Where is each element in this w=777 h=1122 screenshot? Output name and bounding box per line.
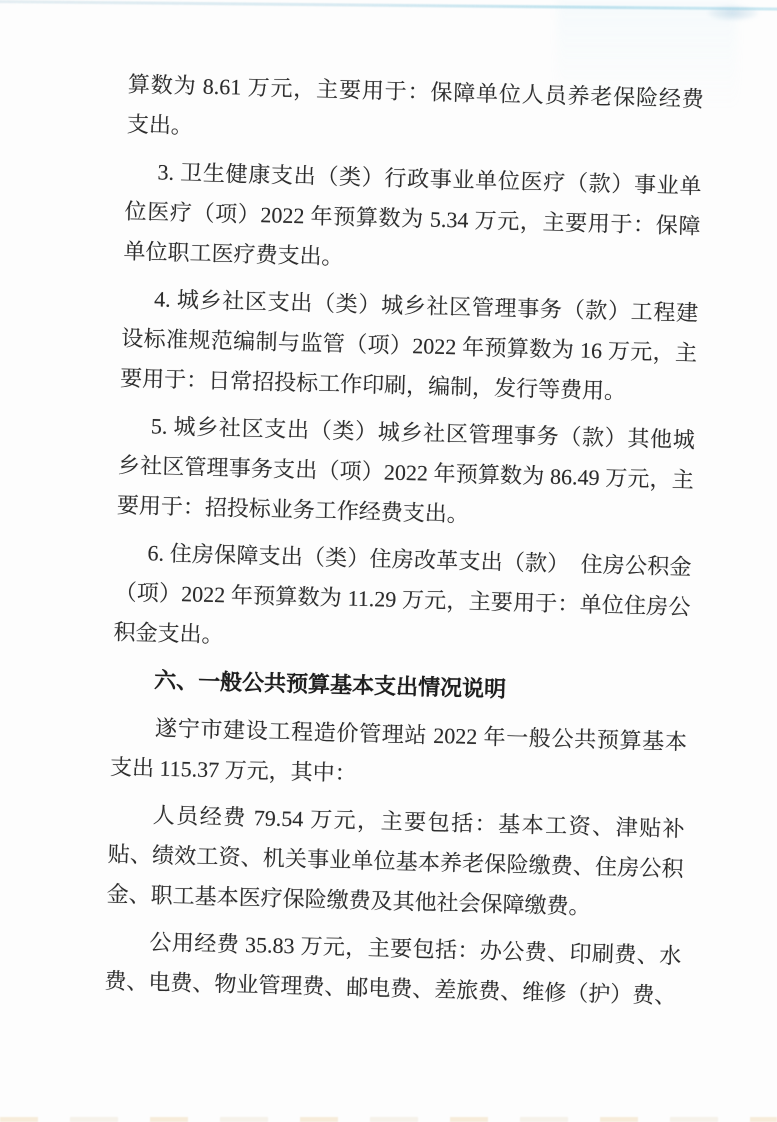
- paragraph-item-3-health-expenditure: 3. 卫生健康支出（类）行政事业单位医疗（款）事业单位医疗（项）2022 年预算…: [123, 152, 702, 287]
- paragraph-item-5-community-affairs: 5. 城乡社区支出（类）城乡社区管理事务（款）其他城乡社区管理事务支出（项）20…: [116, 406, 695, 541]
- paragraph-public-funds: 公用经费 35.83 万元，主要包括：办公费、印刷费、水费、电费、物业管理费、邮…: [104, 921, 682, 1016]
- scan-artifact-corner-smudge: [707, 5, 759, 21]
- paragraph-pension-insurance-continuation: 算数为 8.61 万元，主要用于：保障单位人员养老保险经费支出。: [126, 65, 704, 160]
- document-text-block: 算数为 8.61 万元，主要用于：保障单位人员养老保险经费支出。 3. 卫生健康…: [104, 65, 705, 1024]
- scan-artifact-bottom-dashes: [0, 1117, 777, 1122]
- paragraph-basic-expenditure-total: 遂宁市建设工程造价管理站 2022 年一般公共预算基本支出 115.37 万元，…: [110, 707, 688, 802]
- scanned-document-page: 算数为 8.61 万元，主要用于：保障单位人员养老保险经费支出。 3. 卫生健康…: [0, 0, 777, 1122]
- paragraph-item-6-housing-fund: 6. 住房保障支出（类）住房改革支出（款） 住房公积金（项）2022 年预算数为…: [113, 532, 692, 667]
- paragraph-personnel-funds: 人员经费 79.54 万元，主要包括：基本工资、津贴补贴、绩效工资、机关事业单位…: [106, 794, 685, 929]
- section-heading-basic-expenditure: 六、一般公共预算基本支出情况说明: [112, 659, 689, 714]
- paragraph-item-4-community-standards: 4. 城乡社区支出（类）城乡社区管理事务（款）工程建设标准规范编制与监管（项）2…: [120, 279, 699, 414]
